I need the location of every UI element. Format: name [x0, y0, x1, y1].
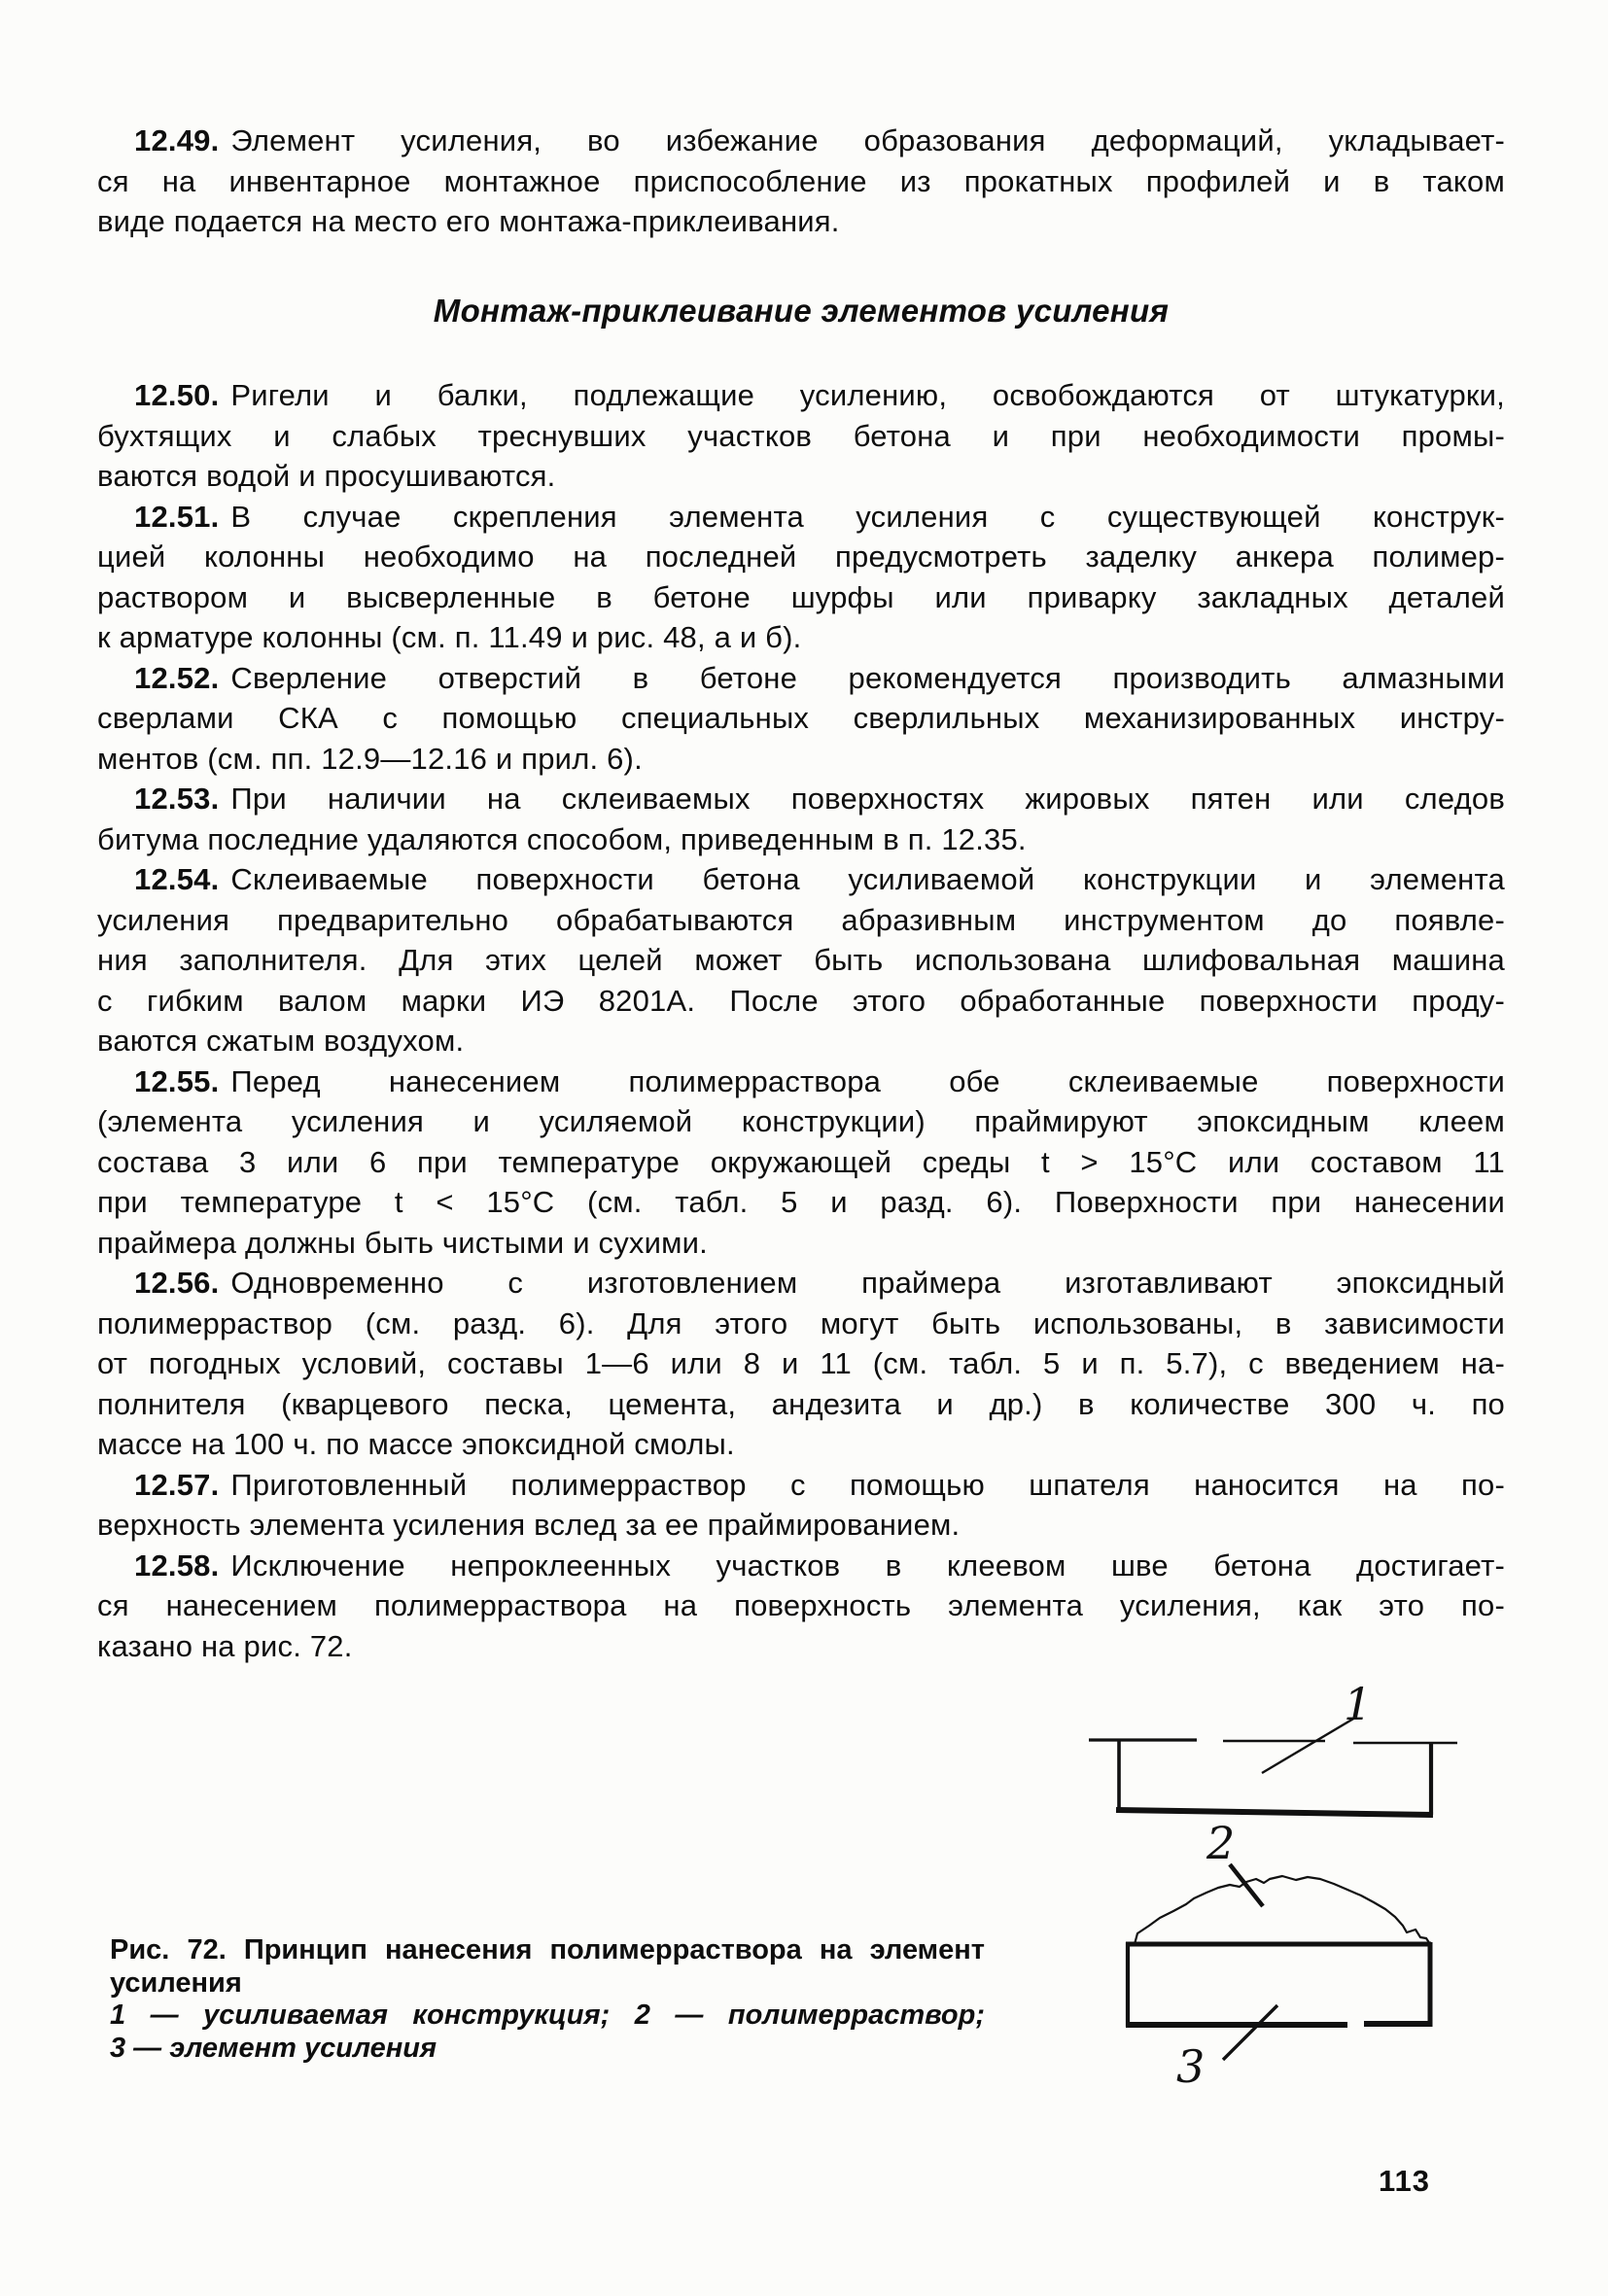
- text-line: от погодных условий, составы 1—6 или 8 и…: [97, 1343, 1505, 1384]
- text-line: 12.54.Склеиваемые поверхности бетона уси…: [97, 859, 1505, 900]
- text-line: усиления предварительно обрабатываются а…: [97, 900, 1505, 941]
- figure-label-1: 1: [1344, 1678, 1372, 1730]
- figure-caption-line: Рис. 72. Принцип нанесения полимерраство…: [110, 1934, 985, 1967]
- section-number: 12.56.: [134, 1266, 219, 1300]
- section-number: 12.54.: [134, 862, 219, 896]
- text-line: 12.56.Одновременно с изготовлением прайм…: [97, 1263, 1505, 1304]
- paragraph-12-57: 12.57.Приготовленный полимерраствор с по…: [97, 1465, 1505, 1546]
- page-number: 113: [1379, 2164, 1430, 2199]
- text-line: сверлами СКА с помощью специальных сверл…: [97, 698, 1505, 739]
- text-run: Склеиваемые поверхности бетона усиливаем…: [230, 862, 1505, 896]
- paragraph-12-51: 12.51.В случае скрепления элемента усиле…: [97, 497, 1505, 658]
- text-line: бухтящих и слабых треснувших участков бе…: [97, 416, 1505, 457]
- text-line: ся нанесением полимерраствора на поверхн…: [97, 1585, 1505, 1626]
- figure-label-3: 3: [1176, 2040, 1205, 2093]
- text-line: ваются сжатым воздухом.: [97, 1021, 1505, 1061]
- section-number: 12.55.: [134, 1064, 219, 1098]
- text-line: состава 3 или 6 при температуре окружающ…: [97, 1142, 1505, 1183]
- text-line: виде подается на место его монтажа-прикл…: [97, 201, 1505, 242]
- text-line: ния заполнителя. Для этих целей может бы…: [97, 940, 1505, 981]
- body-text-column: 12.49.Элемент усиления, во избежание обр…: [97, 121, 1505, 1666]
- text-line: ся на инвентарное монтажное приспособлен…: [97, 161, 1505, 202]
- text-run: Исключение непроклеенных участков в клее…: [230, 1548, 1505, 1583]
- text-line: верхность элемента усиления вслед за ее …: [97, 1505, 1505, 1546]
- text-line: 12.53.При наличии на склеиваемых поверхн…: [97, 779, 1505, 819]
- section-number: 12.51.: [134, 500, 219, 534]
- text-line: полимерраствор (см. разд. 6). Для этого …: [97, 1304, 1505, 1344]
- section-number: 12.52.: [134, 661, 219, 695]
- text-line: 12.50.Ригели и балки, подлежащие усилени…: [97, 375, 1505, 416]
- text-line: 12.55.Перед нанесением полимерраствора о…: [97, 1061, 1505, 1102]
- paragraph-12-56: 12.56.Одновременно с изготовлением прайм…: [97, 1263, 1505, 1465]
- text-line: ментов (см. пп. 12.9—12.16 и прил. 6).: [97, 739, 1505, 780]
- paragraph-12-53: 12.53.При наличии на склеиваемых поверхн…: [97, 779, 1505, 859]
- document-page: 12.49.Элемент усиления, во избежание обр…: [0, 0, 1608, 2296]
- text-line: (элемента усиления и усиляемой конструкц…: [97, 1101, 1505, 1142]
- paragraph-12-52: 12.52.Сверление отверстий в бетоне реком…: [97, 658, 1505, 780]
- figure-legend-line: 1 — усиливаемая конструкция; 2 — полимер…: [110, 2000, 985, 2033]
- text-line: при температуре t < 15°С (см. табл. 5 и …: [97, 1182, 1505, 1223]
- figure-legend-line: 3 — элемент усиления: [110, 2033, 985, 2066]
- text-run: В случае скрепления элемента усиления с …: [230, 500, 1505, 534]
- figure-label-2: 2: [1206, 1817, 1235, 1869]
- text-line: массе на 100 ч. по массе эпоксидной смол…: [97, 1424, 1505, 1465]
- text-run: Приготовленный полимерраствор с помощью …: [230, 1468, 1505, 1502]
- text-line: к арматуре колонны (см. п. 11.49 и рис. …: [97, 617, 1505, 658]
- text-line: 12.52.Сверление отверстий в бетоне реком…: [97, 658, 1505, 699]
- text-run: Сверление отверстий в бетоне рекомендует…: [230, 661, 1505, 695]
- figure-caption: Рис. 72. Принцип нанесения полимерраство…: [110, 1934, 985, 2065]
- text-run: Элемент усиления, во избежание образован…: [230, 123, 1505, 157]
- polymer-mortar-mound: [1135, 1876, 1430, 1944]
- paragraph-12-55: 12.55.Перед нанесением полимерраствора о…: [97, 1061, 1505, 1264]
- text-line: битума последние удаляются способом, при…: [97, 819, 1505, 860]
- figure-72-drawing: 1 2 3: [1065, 1643, 1608, 2109]
- text-line: 12.49.Элемент усиления, во избежание обр…: [97, 121, 1505, 161]
- text-run: Одновременно с изготовлением праймера из…: [230, 1266, 1505, 1300]
- text-line: 12.58.Исключение непроклеенных участков …: [97, 1546, 1505, 1586]
- section-number: 12.53.: [134, 782, 219, 816]
- figure-leader-1: [1262, 1718, 1355, 1773]
- section-number: 12.57.: [134, 1468, 219, 1502]
- text-line: праймера должны быть чистыми и сухими.: [97, 1223, 1505, 1264]
- section-number: 12.50.: [134, 378, 219, 412]
- text-line: ваются водой и просушиваются.: [97, 456, 1505, 497]
- text-line: с гибким валом марки ИЭ 8201А. После это…: [97, 981, 1505, 1022]
- section-number: 12.58.: [134, 1548, 219, 1583]
- text-run: Ригели и балки, подлежащие усилению, осв…: [230, 378, 1505, 412]
- text-run: При наличии на склеиваемых поверхностях …: [230, 782, 1505, 816]
- section-heading: Монтаж-приклеивание элементов усиления: [97, 291, 1505, 331]
- text-line: полнителя (кварцевого песка, цемента, ан…: [97, 1384, 1505, 1425]
- text-line: 12.51.В случае скрепления элемента усиле…: [97, 497, 1505, 538]
- figure-leader-3: [1223, 2005, 1277, 2060]
- paragraph-12-54: 12.54.Склеиваемые поверхности бетона уси…: [97, 859, 1505, 1061]
- paragraph-12-49: 12.49.Элемент усиления, во избежание обр…: [97, 121, 1505, 242]
- text-line: 12.57.Приготовленный полимерраствор с по…: [97, 1465, 1505, 1506]
- text-line: цией колонны необходимо на последней пре…: [97, 537, 1505, 577]
- reinforcement-element-rect: [1126, 1942, 1432, 2027]
- section-number: 12.49.: [134, 123, 219, 157]
- text-run: Перед нанесением полимерраствора обе скл…: [230, 1064, 1505, 1098]
- figure-caption-line: усиления: [110, 1967, 985, 2000]
- text-line: раствором и высверленные в бетоне шурфы …: [97, 577, 1505, 618]
- reinforced-structure-outline: [1089, 1739, 1457, 1815]
- paragraph-12-50: 12.50.Ригели и балки, подлежащие усилени…: [97, 375, 1505, 497]
